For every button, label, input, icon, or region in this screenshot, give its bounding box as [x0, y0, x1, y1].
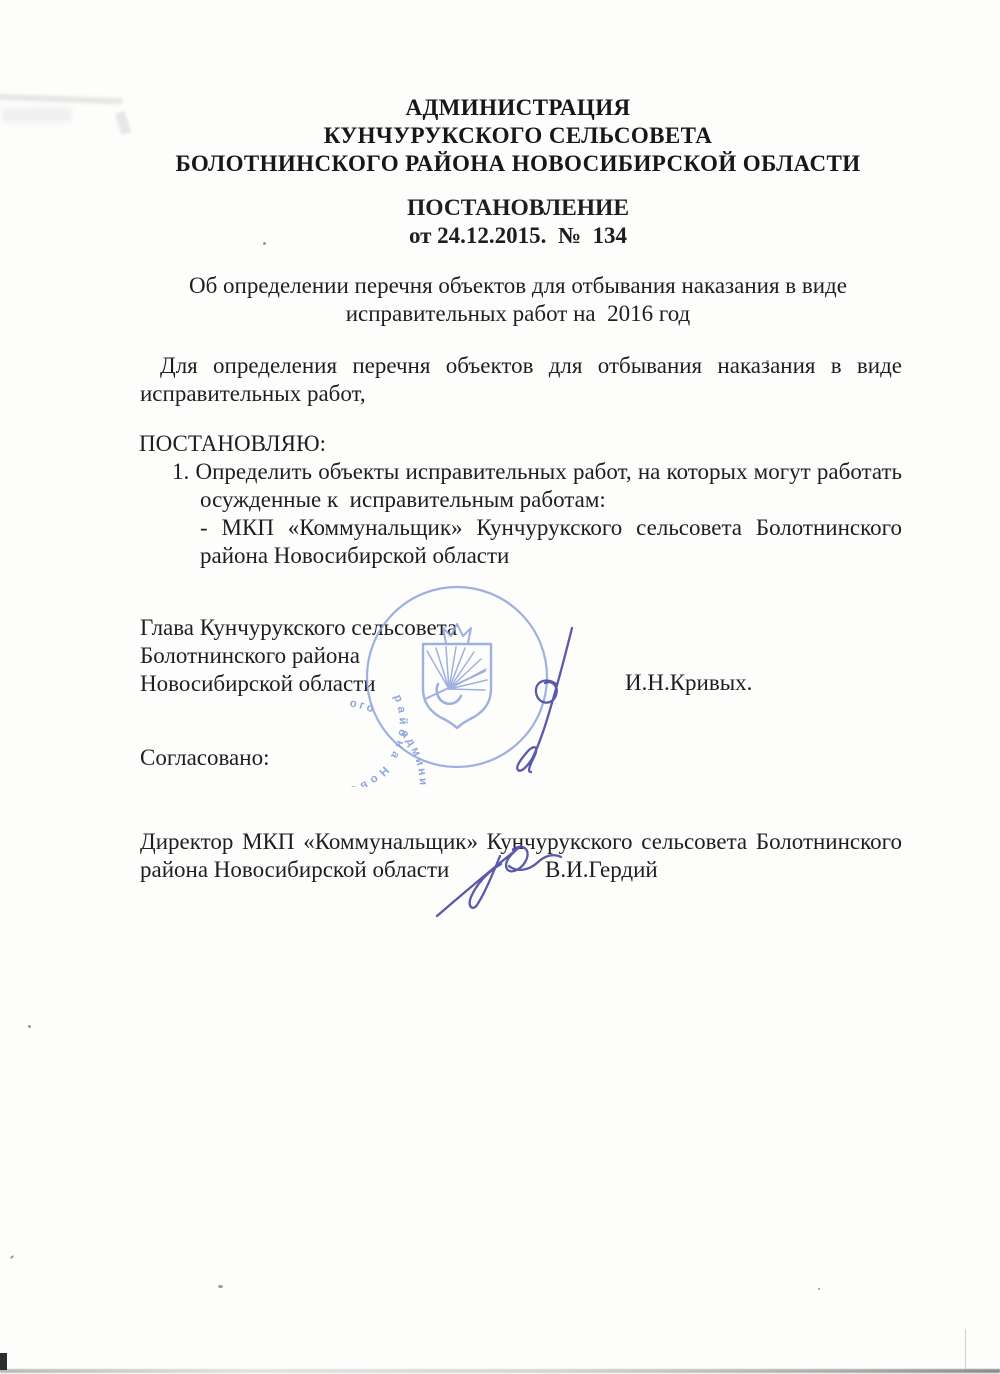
document-date-number: от 24.12.2015. № 134: [36, 222, 1000, 250]
document-type-title: ПОСТАНОВЛЕНИЕ: [36, 194, 1000, 222]
item-1-line-1: 1. Определить объекты исправительных раб…: [172, 458, 902, 486]
item-1-text: Определить объекты исправительных работ,…: [195, 459, 902, 484]
subject-line-1: Об определении перечня объектов для отбы…: [36, 272, 1000, 300]
scan-artifact: [263, 242, 266, 245]
subject-line-2: исправительных работ на 2016 год: [36, 300, 1000, 328]
signatory-1-name: И.Н.Кривых.: [625, 669, 752, 697]
scan-artifact: [766, 360, 769, 363]
scan-artifact: [27, 1024, 31, 1028]
scan-artifact: [965, 1329, 966, 1369]
header-line-2: КУНЧУРУКСКОГО СЕЛЬСОВЕТА: [36, 122, 1000, 150]
resolution-heading: ПОСТАНОВЛЯЮ:: [139, 430, 326, 458]
signatory-1-title-line-2: Болотнинского района: [140, 642, 360, 670]
item-1-line-2: осужденные к исправительным работам:: [200, 486, 606, 514]
item-1-subline-1: - МКП «Коммунальщик» Кунчурукского сельс…: [200, 514, 902, 542]
scanned-document-page: АДМИНИСТРАЦИЯ КУНЧУРУКСКОГО СЕЛЬСОВЕТА Б…: [0, 0, 1000, 1374]
signatory-2-title-line-2: района Новосибирской области: [140, 856, 449, 884]
signatory-2-title-line-1: Директор МКП «Коммунальщик» Кунчурукског…: [140, 828, 902, 856]
item-1-subline-2: района Новосибирской области: [200, 542, 509, 570]
signatory-1-title-line-3: Новосибирской области: [140, 670, 376, 698]
scan-artifact: [218, 1285, 223, 1288]
official-round-stamp: администрация Кунчурукского сельсовета Б…: [347, 567, 567, 787]
header-line-1: АДМИНИСТРАЦИЯ: [36, 94, 1000, 122]
scan-artifact: [2, 108, 72, 122]
preamble-line-1: Для определения перечня объектов для отб…: [140, 352, 902, 380]
scan-artifact: [0, 1353, 7, 1370]
preamble-line-2: исправительных работ,: [140, 380, 366, 408]
signature-gerdiy: [437, 846, 561, 916]
signatory-2-name: В.И.Гердий: [545, 856, 658, 884]
scan-artifact: [0, 1369, 1000, 1373]
header-line-3: БОЛОТНИНСКОГО РАЙОНА НОВОСИБИРСКОЙ ОБЛАС…: [36, 150, 1000, 178]
scan-artifact: [818, 1288, 820, 1290]
scan-artifact: [10, 1255, 14, 1259]
stamp-coat-of-arms: [423, 624, 491, 728]
agreed-label: Согласовано:: [140, 744, 269, 772]
item-1-number: 1.: [172, 459, 189, 484]
